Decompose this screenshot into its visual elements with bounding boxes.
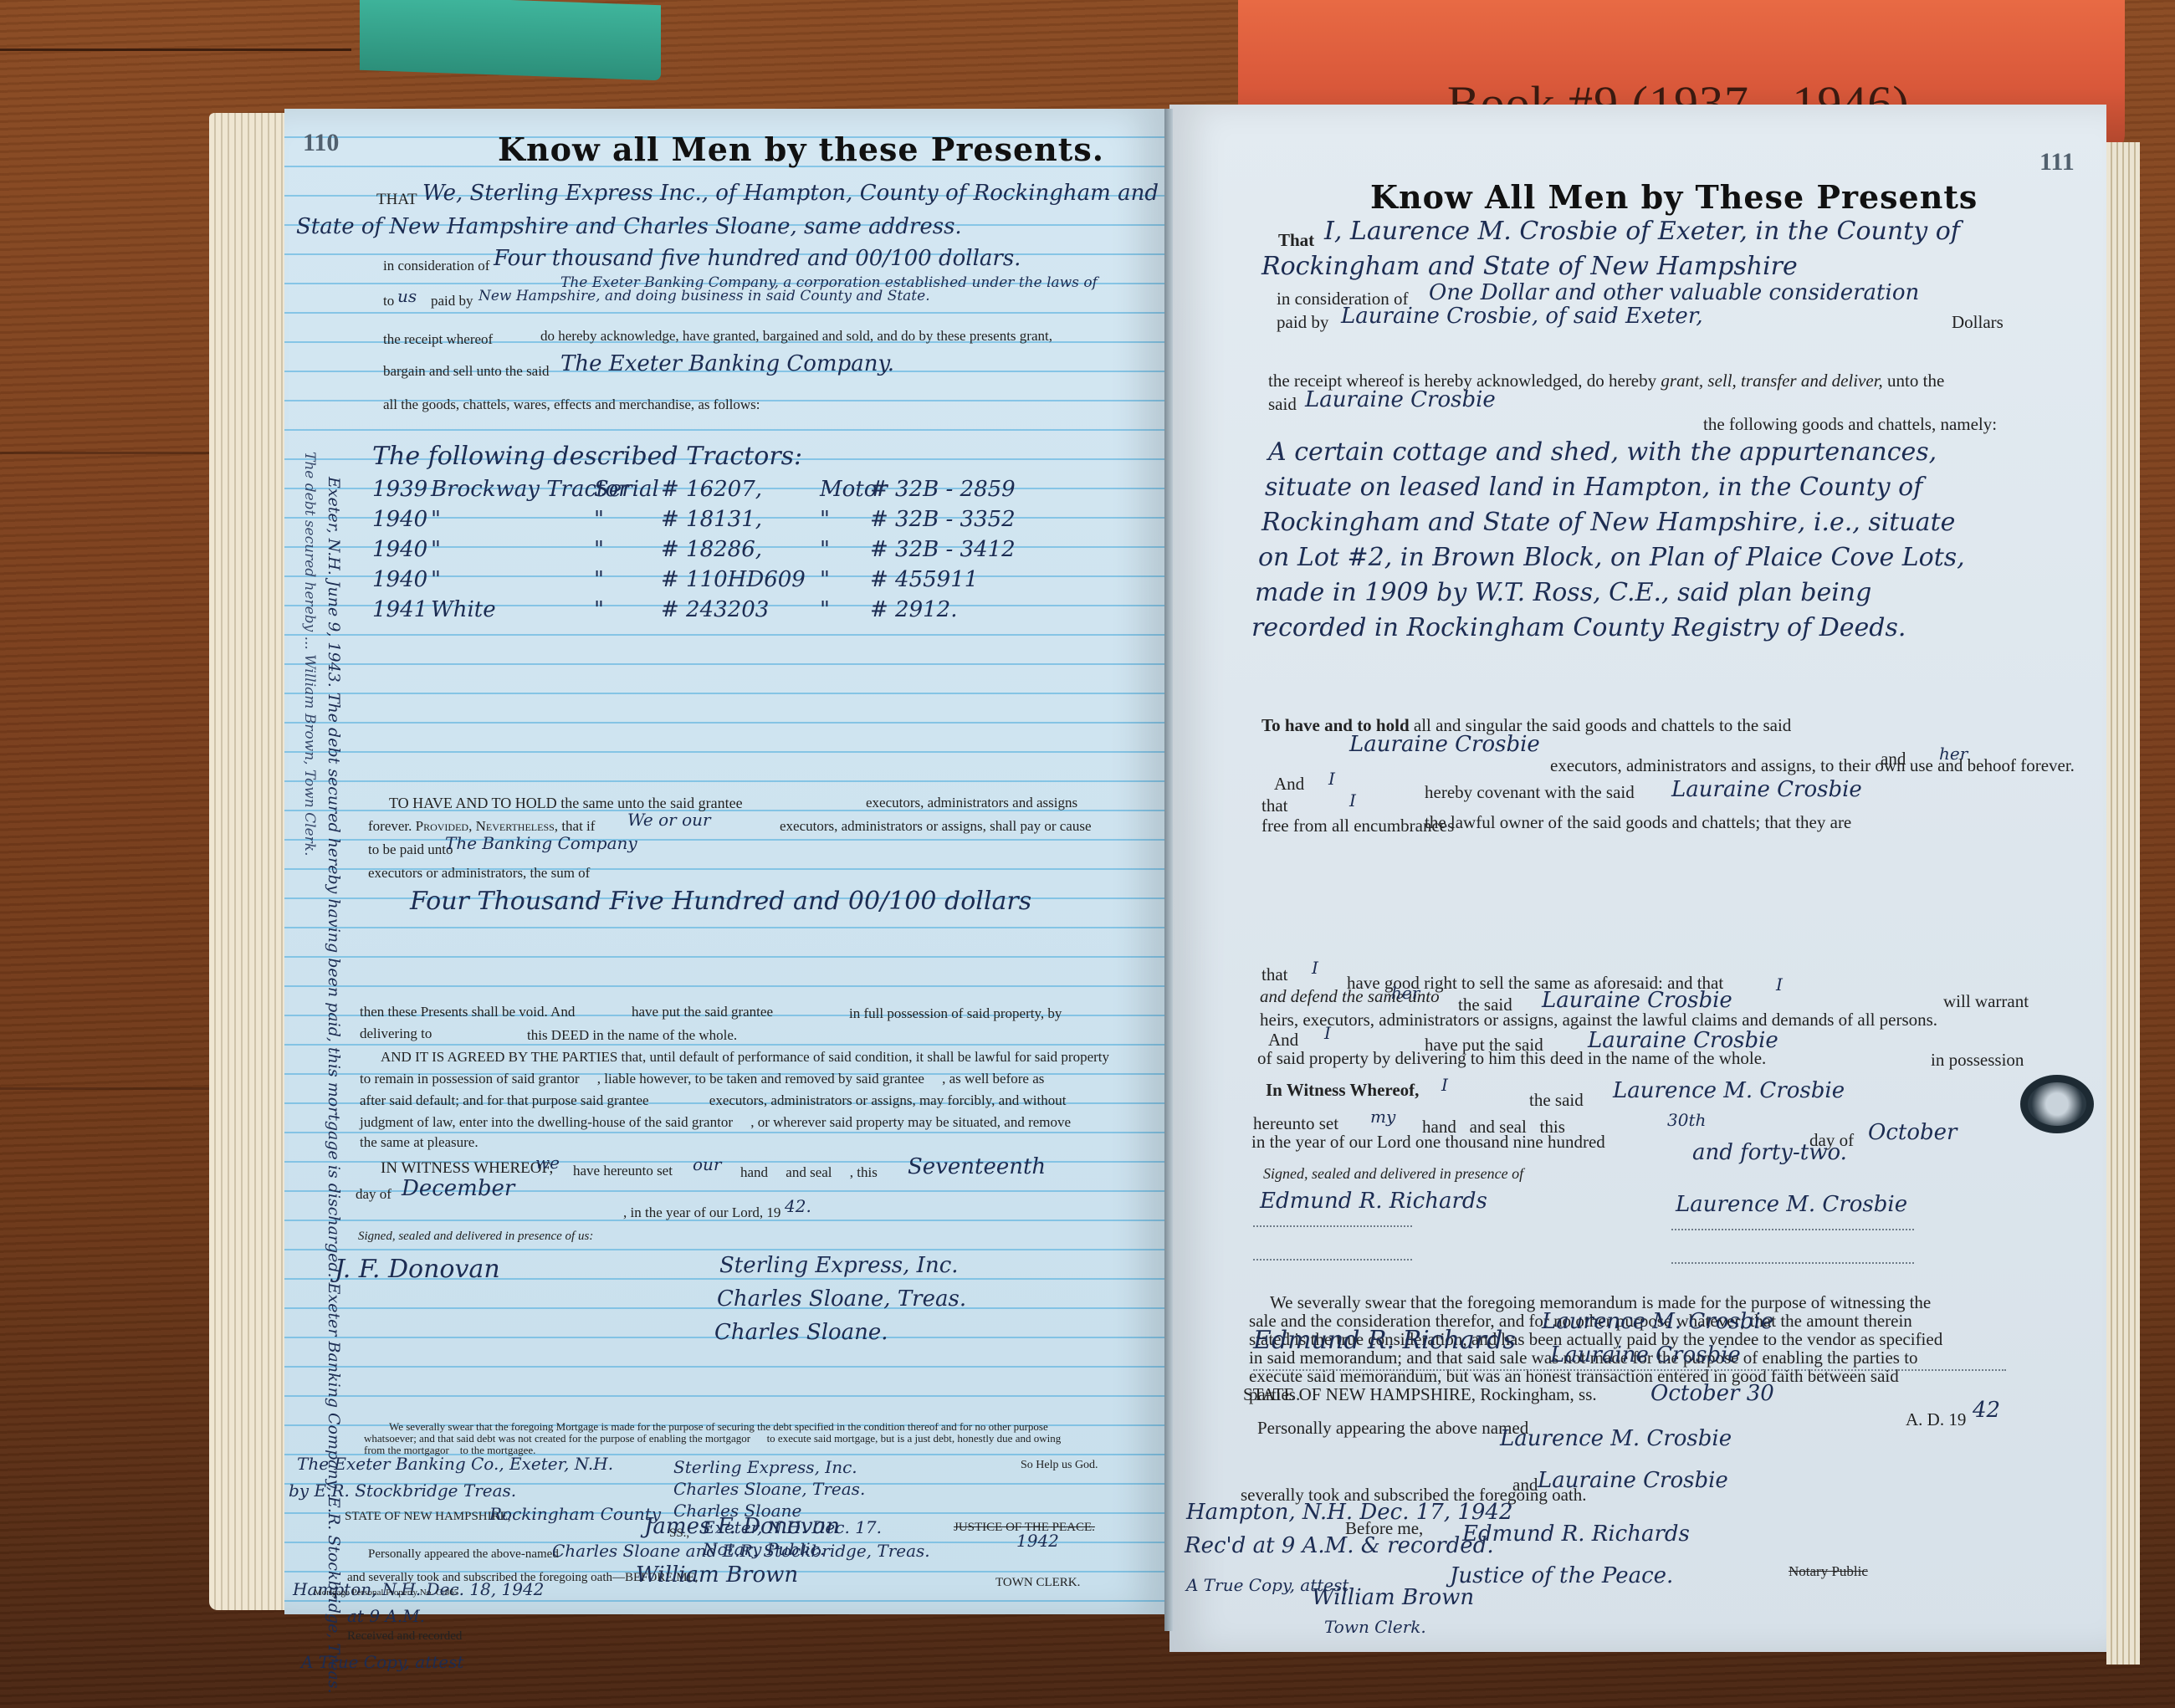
- signature-line: [1253, 1225, 1412, 1227]
- that-i-label: that: [1261, 964, 1288, 985]
- oath-signature: Charles Sloane, Treas.: [673, 1479, 865, 1499]
- oath-signature-witness: Edmund R. Richards: [1253, 1326, 1516, 1355]
- state-label: STATE OF NEW HAMPSHIRE,: [345, 1510, 511, 1524]
- warrant-text: will warrant: [1943, 991, 2029, 1012]
- description-line: Rockingham and State of New Hampshire, i…: [1261, 508, 1955, 537]
- notary-note: Notary Public.: [703, 1539, 825, 1559]
- paid-unto-value: The Banking Company: [445, 833, 637, 853]
- in-possession: in possession: [1931, 1050, 2024, 1071]
- witness-heading: In Witness Whereof,: [1266, 1080, 1419, 1101]
- consideration-value: One Dollar and other valuable considerat…: [1429, 280, 1919, 305]
- witness-we: we: [535, 1153, 560, 1173]
- consideration-label: in consideration of: [383, 258, 489, 274]
- grantor-signature: Sterling Express, Inc.: [719, 1253, 959, 1278]
- book-gutter: [1164, 109, 1173, 1631]
- and-i-label: And: [1274, 774, 1304, 795]
- oath-signature-grantor: Laurence M. Crosbie: [1542, 1309, 1773, 1334]
- clerk-signature: William Brown: [1312, 1585, 1474, 1610]
- oath-signature-treasurer: by E.R. Stockbridge Treas.: [289, 1480, 516, 1501]
- form-id: Mortgage Personal Property No. C-865: [314, 1588, 458, 1598]
- year-value: and forty-two.: [1692, 1140, 1847, 1165]
- to-have-text-2: executors, administrators and assigns: [866, 795, 1077, 811]
- clerk-signature: William Brown: [636, 1562, 798, 1588]
- void-text-3: in full possession of said property, by: [849, 1005, 1062, 1022]
- oath-signature: Sterling Express, Inc.: [673, 1457, 857, 1477]
- witness-set: have hereunto set: [573, 1163, 673, 1179]
- received-time: Rec'd at 9 A.M. & recorded.: [1185, 1533, 1494, 1558]
- month-value: December: [402, 1176, 514, 1201]
- to-value: us: [397, 286, 417, 306]
- clerk-label: TOWN CLERK.: [995, 1576, 1080, 1590]
- left-page: 110 Know all Men by these Presents. THAT…: [284, 109, 1167, 1614]
- tractor-motor: # 32B - 2859: [870, 477, 1016, 502]
- true-copy-text: A True Copy, attest: [301, 1652, 463, 1672]
- tractor-serial: # 110HD609: [661, 567, 806, 592]
- notary-label: Notary Public: [1789, 1563, 1868, 1580]
- covenant-name: Lauraine Crosbie: [1671, 777, 1862, 802]
- agreed-line-4: judgment of law, enter into the dwelling…: [360, 1114, 1071, 1131]
- tractor-make: ": [431, 537, 441, 562]
- page-number: 110: [303, 129, 339, 157]
- page-stack-edge-right: [2106, 142, 2140, 1665]
- to-have-name: Lauraine Crosbie: [1349, 732, 1540, 757]
- justice-title: Justice of the Peace.: [1450, 1563, 1673, 1588]
- tractor-motor: # 2912.: [870, 597, 957, 622]
- received-label: Received and recorded: [347, 1629, 462, 1644]
- tractor-serial-label: ": [594, 537, 604, 562]
- tractor-year: 1941: [372, 597, 427, 622]
- exec-text: executors, administrators and assigns, t…: [1550, 755, 2075, 776]
- witness-signature: J. F. Donovan: [335, 1255, 500, 1284]
- justice-signature: James F. Donovan: [644, 1514, 840, 1539]
- page-number: 111: [2039, 148, 2075, 176]
- grantor-signature: Laurence M. Crosbie: [1676, 1192, 1907, 1217]
- oath-signature-bank: The Exeter Banking Co., Exeter, N.H.: [297, 1454, 613, 1474]
- paid-unto-label: to be paid unto: [368, 841, 453, 858]
- said-label: said: [1268, 394, 1297, 415]
- that-if-value: We or our: [627, 810, 711, 830]
- clerk-title: Town Clerk.: [1324, 1617, 1426, 1637]
- day-value: 30th: [1667, 1110, 1706, 1130]
- delivering-text: delivering to: [360, 1025, 432, 1042]
- grantor-line-1: We, Sterling Express Inc., of Hampton, C…: [422, 181, 1159, 206]
- grant-italic: grant, sell, transfer and deliver,: [1661, 371, 1882, 391]
- so-help-text: So Help us God.: [1021, 1459, 1098, 1472]
- description-line: on Lot #2, in Brown Block, on Plan of Pl…: [1258, 543, 1965, 572]
- said-value: Lauraine Crosbie: [1305, 387, 1496, 412]
- tractor-make: ": [431, 567, 441, 592]
- state-date: October 30: [1650, 1381, 1774, 1406]
- good-right-value: I: [1776, 974, 1783, 995]
- set-value: my: [1370, 1107, 1395, 1127]
- appearing-label: Personally appearing the above named: [1257, 1418, 1528, 1439]
- discharge-margin-note-2: The debt secured hereby ... William Brow…: [301, 452, 318, 856]
- goods-label: all the goods, chattels, wares, effects …: [383, 396, 760, 413]
- consideration-value: Four thousand five hundred and 00/100 do…: [494, 246, 1021, 271]
- sum-value: Four Thousand Five Hundred and 00/100 do…: [410, 887, 1031, 916]
- discharge-margin-note: Exeter, N.H. June 9, 1943. The debt secu…: [325, 477, 343, 1694]
- witness-heading: IN WITNESS WHEREOF,: [381, 1159, 553, 1178]
- witness-hand: hand and seal , this: [740, 1164, 878, 1181]
- green-tape: [360, 0, 661, 80]
- tractor-motor: # 32B - 3412: [870, 537, 1016, 562]
- sum-of-label: executors or administrators, the sum of: [368, 865, 590, 882]
- page-title: Know All Men by These Presents: [1370, 178, 1978, 216]
- exec-pay-text: executors, administrators or assigns, sh…: [780, 818, 1092, 835]
- to-label: to: [383, 293, 394, 309]
- description-line: A certain cottage and shed, with the app…: [1268, 437, 1937, 467]
- witness-signature: Edmund R. Richards: [1260, 1189, 1487, 1214]
- to-have-text: the same unto the said grantee: [560, 795, 742, 811]
- tractor-serial-label: ": [594, 567, 604, 592]
- paid-by-label: paid by: [431, 293, 473, 309]
- tractor-year: 1940: [372, 567, 427, 592]
- appearing-value: Laurence M. Crosbie: [1500, 1426, 1732, 1451]
- grant-text: do hereby acknowledge, have granted, bar…: [540, 328, 1052, 345]
- that-label-2: that: [1261, 795, 1288, 816]
- justice-label: JUSTICE OF THE PEACE.: [954, 1521, 1095, 1535]
- tractor-serial-label: ": [594, 507, 604, 532]
- paid-by-value: Lauraine Crosbie, of said Exeter,: [1341, 304, 1703, 329]
- tractor-motor: # 32B - 3352: [870, 507, 1016, 532]
- tractor-make: ": [431, 507, 441, 532]
- right-page: 111 Know All Men by These Presents That …: [1169, 105, 2106, 1652]
- grantee-value: The Exeter Banking Company.: [560, 351, 894, 376]
- that-label: THAT: [376, 191, 417, 209]
- tractor-make: White: [431, 597, 496, 622]
- ad-value: 42: [1973, 1398, 2000, 1423]
- description-line: situate on leased land in Hampton, in th…: [1265, 473, 1922, 502]
- tractor-serial: # 18286,: [661, 537, 762, 562]
- floor-board-seam: [0, 49, 351, 51]
- void-text-2: have put the said grantee: [632, 1004, 773, 1020]
- dollars-label: Dollars: [1952, 312, 2004, 333]
- unto-the: unto the: [1887, 371, 1944, 391]
- tractor-motor-label: ": [820, 567, 830, 592]
- delivering-text-2: this DEED in the name of the whole.: [527, 1027, 737, 1044]
- grantor-signature: Charles Sloane, Treas.: [717, 1286, 966, 1312]
- signed-label: Signed, sealed and delivered in presence…: [358, 1230, 593, 1244]
- tractor-serial-label: ": [594, 597, 604, 622]
- oath-signature-grantee: Lauraine Crosbie: [1550, 1342, 1741, 1368]
- tractor-serial: # 16207,: [661, 477, 762, 502]
- and-value: her: [1939, 744, 1968, 764]
- year-text: in the year of our Lord one thousand nin…: [1251, 1132, 1605, 1153]
- received-time: at 9 A.M.: [347, 1606, 425, 1626]
- signature-line: [1671, 1262, 1914, 1264]
- agreed-line-5: the same at pleasure.: [360, 1134, 478, 1151]
- month-value: October: [1868, 1120, 1957, 1145]
- covenant-text: hereby covenant with the said: [1425, 782, 1635, 803]
- bargain-label: bargain and sell unto the said: [383, 363, 549, 380]
- tractor-motor-label: ": [820, 597, 830, 622]
- floor-board-seam: [0, 452, 209, 454]
- forever-text: forever.: [368, 818, 412, 834]
- signature-line: [1253, 1369, 2006, 1371]
- that-i-value: I: [1312, 958, 1318, 978]
- description-line: recorded in Rockingham County Registry o…: [1251, 613, 1906, 642]
- state-county: Rockingham County: [489, 1504, 661, 1524]
- that-label: That: [1278, 230, 1314, 251]
- agreed-line-1: AND IT IS AGREED BY THE PARTIES that, un…: [381, 1049, 1109, 1066]
- provided-text: Provided, Nevertheless,: [416, 818, 558, 834]
- tractor-serial-label: Serial: [594, 477, 659, 502]
- tractor-motor: # 455911: [870, 567, 978, 592]
- witness-said: the said: [1529, 1090, 1584, 1111]
- description-line: made in 1909 by W.T. Ross, C.E., said pl…: [1255, 578, 1871, 607]
- day-of-label: day of: [356, 1186, 391, 1203]
- agreed-line-2: to remain in possession of said grantor …: [360, 1071, 1044, 1087]
- tractor-motor-label: ": [820, 507, 830, 532]
- grantor-line-1: I, Laurence M. Crosbie of Exeter, in the…: [1324, 217, 1960, 246]
- and-i-value: I: [1328, 769, 1335, 789]
- and-put-value: I: [1324, 1023, 1331, 1043]
- page-title: Know all Men by these Presents.: [498, 130, 1104, 168]
- seal-icon: [2020, 1075, 2094, 1133]
- signed-label: Signed, sealed and delivered in presence…: [1263, 1165, 1523, 1183]
- justice-signature: Edmund R. Richards: [1462, 1521, 1690, 1547]
- that-value: I: [1349, 790, 1356, 811]
- ad-label: A. D. 19: [1906, 1409, 1966, 1430]
- following-label: the following goods and chattels, namely…: [1703, 414, 1997, 435]
- lawful-owner-text: the lawful owner of the said goods and c…: [1425, 812, 1851, 833]
- agreed-line-3: after said default; and for that purpose…: [360, 1092, 1066, 1109]
- year-text: , in the year of our Lord, 19: [623, 1204, 780, 1221]
- year-value: 42.: [785, 1196, 811, 1216]
- grantor-line-2: Rockingham and State of New Hampshire: [1261, 252, 1798, 281]
- grantor-signature: Charles Sloane.: [714, 1320, 888, 1345]
- that-if-text: that if: [561, 818, 595, 834]
- state-label: STATE OF NEW HAMPSHIRE, Rockingham, ss.: [1243, 1384, 1597, 1405]
- tractor-year: 1940: [372, 507, 427, 532]
- free-text: free from all encumbrances: [1261, 816, 1454, 836]
- appeared-label: Personally appeared the above-named: [368, 1547, 559, 1562]
- witness-day: Seventeenth: [908, 1154, 1046, 1179]
- witness-our: our: [693, 1154, 721, 1174]
- defend-value: her: [1391, 983, 1420, 1003]
- to-have-heading: TO HAVE AND TO HOLD: [389, 795, 557, 811]
- tractor-serial: # 18131,: [661, 507, 762, 532]
- tractor-year: 1940: [372, 537, 427, 562]
- receipt-text: the receipt whereof: [383, 331, 493, 348]
- signature-line: [1253, 1259, 1412, 1261]
- tractor-serial: # 243203: [661, 597, 769, 622]
- paid-by-value: New Hampshire, and doing business in sai…: [478, 288, 930, 304]
- tractor-motor-label: ": [820, 537, 830, 562]
- tractors-heading: The following described Tractors:: [372, 442, 802, 471]
- and-label: and: [1881, 749, 1906, 770]
- witness-name: Laurence M. Crosbie: [1613, 1078, 1845, 1103]
- delivering-text: of said property by delivering to him th…: [1257, 1048, 1766, 1069]
- tractor-year: 1939: [372, 477, 427, 502]
- floor-board-seam: [0, 1087, 209, 1090]
- grantor-line-2: State of New Hampshire and Charles Sloan…: [296, 214, 962, 239]
- signature-line: [1671, 1229, 1914, 1230]
- paid-by-label: paid by: [1277, 312, 1328, 333]
- void-text: then these Presents shall be void. And: [360, 1004, 575, 1020]
- witness-value: I: [1441, 1075, 1448, 1095]
